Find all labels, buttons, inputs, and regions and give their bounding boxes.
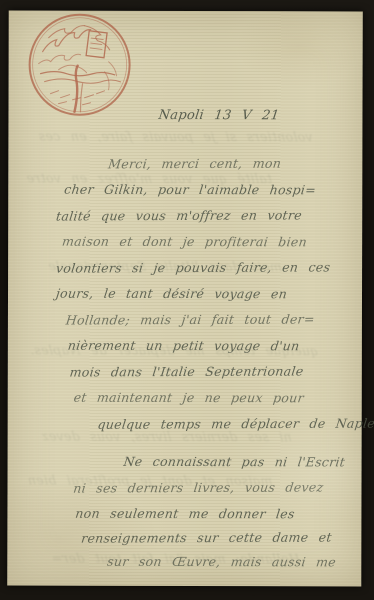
letter-line: Ne connaissant pas ni l'Escrit bbox=[123, 455, 346, 470]
letter-line: talité que vous m'offrez en votre bbox=[55, 208, 302, 223]
letter-line: non seulement me donner les bbox=[75, 507, 296, 522]
letter-line: nièrement un petit voyage d'un bbox=[67, 339, 300, 354]
red-villa-seal-icon bbox=[24, 12, 134, 122]
letter-line: Hollande; mais j'ai fait tout der= bbox=[65, 312, 316, 327]
letter-line: renseignements sur cette dame et bbox=[80, 531, 332, 546]
letter-line: quelque temps me déplacer de Naples. bbox=[97, 417, 374, 432]
letter-date: Napoli 13 V 21 bbox=[158, 109, 280, 123]
letter-line: jours, le tant désiré voyage en bbox=[55, 287, 288, 302]
letter-line: cher Gilkin, pour l'aimable hospi= bbox=[63, 183, 316, 198]
letter-line: volontiers si je pouvais faire, en ces bbox=[55, 260, 331, 275]
letter-line: Merci, merci cent, mon bbox=[107, 157, 282, 172]
letter-line: mois dans l'Italie Septentrionale bbox=[69, 364, 304, 379]
letter-page: volontiers si je pouvais faire, en ces t… bbox=[7, 11, 363, 587]
letter-line: sur son Œuvre, mais aussi me bbox=[106, 555, 336, 570]
bleed-through-text: volontiers si je pouvais faire, en ces bbox=[38, 129, 314, 145]
letter-line: ni ses derniers livres, vous devez bbox=[73, 480, 325, 495]
photo-frame: volontiers si je pouvais faire, en ces t… bbox=[0, 0, 374, 600]
letter-line: et maintenant je ne peux pour bbox=[73, 391, 305, 406]
letter-line: maison et dont je profiterai bien bbox=[61, 235, 308, 250]
